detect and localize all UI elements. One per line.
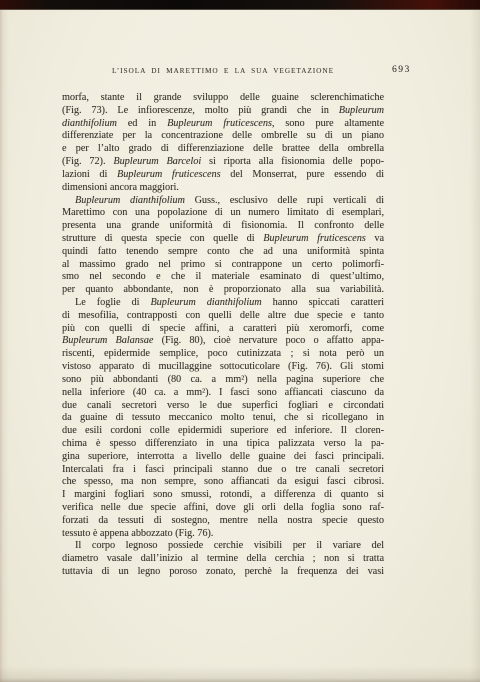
text-line: Le foglie di Bupleurum dianthifolium han… (62, 297, 384, 310)
text-segment: più con quelli di specie affini, a carat… (62, 323, 384, 334)
text-line: Bupleurum Balansae (Fig. 80), cioè nerva… (62, 335, 384, 348)
text-segment: e per l’alto grado di differenziazione d… (62, 143, 384, 154)
text-segment: del Monserrat, pure essendo di (221, 169, 384, 180)
text-line: tuttavia di un legno poroso zonato, perc… (62, 566, 384, 579)
text-segment: tuttavia di un legno poroso zonato, perc… (62, 566, 384, 577)
text-line: (Fig. 72). Bupleurum Barceloi si riporta… (62, 156, 384, 169)
text-line: quindi fatto tenendo sempre conto che ad… (62, 246, 384, 259)
species-name-italic: Bupleurum dianthifolium (150, 297, 261, 308)
text-segment: strutture di questa specie con quelle di (62, 233, 263, 244)
text-line: diametro vasale dall’inizio al termine d… (62, 553, 384, 566)
text-segment: quindi fatto tenendo sempre conto che ad… (62, 246, 384, 257)
text-line: che spesso, ma non sempre, sono affianca… (62, 476, 384, 489)
text-line: dimensioni ancora maggiori. (62, 182, 384, 195)
text-segment: chima è spesso differenziato in una tipi… (62, 438, 384, 449)
paragraph: Le foglie di Bupleurum dianthifolium han… (62, 297, 384, 540)
text-segment: tessuto è appena abbozzato (Fig. 76). (62, 528, 213, 539)
text-line: e per l’alto grado di differenziazione d… (62, 143, 384, 156)
text-segment: differenziate per la concentrazione dell… (62, 130, 384, 141)
text-line: riscenti, epidermide semplice, poco cuti… (62, 348, 384, 361)
text-segment: (Fig. 72). (62, 156, 113, 167)
text-segment: presenta una grande uniformità di fision… (62, 220, 384, 231)
text-line: da guaine di tessuto meccanico molto ten… (62, 412, 384, 425)
text-segment: gina superiore, interrotta a livello del… (62, 451, 384, 462)
species-name-italic: dianthifolium (62, 118, 117, 129)
text-segment: Guss., esclusivo delle rupi verticali di (185, 195, 384, 206)
text-line: al massimo grado nel primo si contrappon… (62, 259, 384, 272)
text-line: Il corpo legnoso possiede cerchie visibi… (62, 540, 384, 553)
text-segment: , sono pure altamente (272, 118, 384, 129)
text-line: sono più abbondanti (80 ca. a mm²) nella… (62, 374, 384, 387)
paragraph: Il corpo legnoso possiede cerchie visibi… (62, 540, 384, 578)
text-line: smo nel secondo e che il materiale esami… (62, 271, 384, 284)
text-segment: al massimo grado nel primo si contrappon… (62, 259, 384, 270)
text-line: morfa, stante il grande sviluppo delle g… (62, 92, 384, 105)
text-segment: ed in (117, 118, 167, 129)
text-line: forzati da tessuti di sostegno, mentre n… (62, 515, 384, 528)
text-line: I margini fogliari sono smussi, rotondi,… (62, 489, 384, 502)
text-segment: verifica nelle due specie affini, dove g… (62, 502, 384, 513)
text-segment: sono più abbondanti (80 ca. a mm²) nella… (62, 374, 384, 385)
text-line: strutture di questa specie con quelle di… (62, 233, 384, 246)
species-name-italic: Bupleurum fruticescens (263, 233, 366, 244)
paragraph: morfa, stante il grande sviluppo delle g… (62, 92, 384, 195)
text-segment: morfa, stante il grande sviluppo delle g… (62, 92, 384, 103)
text-line: dianthifolium ed in Bupleurum fruticesce… (62, 118, 384, 131)
text-line: Bupleurum dianthifolium Guss., esclusivo… (62, 195, 384, 208)
text-segment: da guaine di tessuto meccanico molto ten… (62, 412, 384, 423)
text-line: più con quelli di specie affini, a carat… (62, 323, 384, 336)
paragraph: Bupleurum dianthifolium Guss., esclusivo… (62, 195, 384, 298)
text-line: Marettimo con una popolazione di un nume… (62, 207, 384, 220)
text-line: vistoso apparato di mucillaggine sottocu… (62, 361, 384, 374)
text-line: due esili cordoni colle epidermidi super… (62, 425, 384, 438)
text-line: chima è spesso differenziato in una tipi… (62, 438, 384, 451)
text-segment: diametro vasale dall’inizio al termine d… (62, 553, 384, 564)
text-segment: Le foglie di (75, 297, 150, 308)
text-segment: che spesso, ma non sempre, sono affianca… (62, 476, 384, 487)
text-line: verifica nelle due specie affini, dove g… (62, 502, 384, 515)
text-segment: Il corpo legnoso possiede cerchie visibi… (75, 540, 384, 551)
text-line: Intercalati fra i fasci principali stann… (62, 464, 384, 477)
text-line: nella inferiore (40 ca. a mm²). I fasci … (62, 387, 384, 400)
text-segment: due canali secretori verso le due superf… (62, 400, 384, 411)
text-line: gina superiore, interrotta a livello del… (62, 451, 384, 464)
text-segment: Intercalati fra i fasci principali stann… (62, 464, 384, 475)
species-name-italic: Bupleurum dianthifolium (75, 195, 185, 206)
scanned-book-page: L’ISOLA DI MARETTIMO E LA SUA VEGETAZION… (0, 0, 480, 682)
text-line: di mesofilia, contrapposti con quelli de… (62, 310, 384, 323)
text-segment: lazioni di (62, 169, 117, 180)
text-line: lazioni di Bupleurum fruticescens del Mo… (62, 169, 384, 182)
text-segment: smo nel secondo e che il materiale esami… (62, 271, 384, 282)
species-name-italic: Bupleurum (339, 105, 384, 116)
page-number: 693 (392, 65, 411, 75)
text-segment: hanno spiccati caratteri (262, 297, 384, 308)
text-segment: Marettimo con una popolazione di un nume… (62, 207, 384, 218)
text-segment: (Fig. 73). Le infiorescenze, molto più g… (62, 105, 339, 116)
species-name-italic: Bupleurum fruticescens (117, 169, 221, 180)
text-segment: forzati da tessuti di sostegno, mentre n… (62, 515, 384, 526)
text-line: (Fig. 73). Le infiorescenze, molto più g… (62, 105, 384, 118)
text-line: due canali secretori verso le due superf… (62, 400, 384, 413)
text-segment: (Fig. 80), cioè nervature poco o affatto… (153, 335, 384, 346)
text-segment: di mesofilia, contrapposti con quelli de… (62, 310, 384, 321)
page-header-title: L’ISOLA DI MARETTIMO E LA SUA VEGETAZION… (62, 67, 384, 75)
text-line: tessuto è appena abbozzato (Fig. 76). (62, 528, 384, 541)
species-name-italic: Bupleurum fruticescens (167, 118, 272, 129)
text-segment: si riporta alla fisionomia delle popo- (201, 156, 384, 167)
text-segment: riscenti, epidermide semplice, poco cuti… (62, 348, 384, 359)
running-header: L’ISOLA DI MARETTIMO E LA SUA VEGETAZION… (62, 66, 422, 79)
text-line: presenta una grande uniformità di fision… (62, 220, 384, 233)
scan-edge-band (0, 0, 480, 10)
text-segment: vistoso apparato di mucillaggine sottocu… (62, 361, 384, 372)
species-name-italic: Bupleurum Balansae (62, 335, 153, 346)
text-line: per quanto abbondante, non è proporziona… (62, 284, 384, 297)
text-block: morfa, stante il grande sviluppo delle g… (62, 92, 384, 579)
text-segment: I margini fogliari sono smussi, rotondi,… (62, 489, 384, 500)
text-segment: va (366, 233, 384, 244)
text-line: differenziate per la concentrazione dell… (62, 130, 384, 143)
text-segment: due esili cordoni colle epidermidi super… (62, 425, 384, 436)
text-segment: per quanto abbondante, non è proporziona… (62, 284, 384, 295)
species-name-italic: Bupleurum Barceloi (113, 156, 201, 167)
text-segment: dimensioni ancora maggiori. (62, 182, 179, 193)
text-segment: nella inferiore (40 ca. a mm²). I fasci … (62, 387, 384, 398)
